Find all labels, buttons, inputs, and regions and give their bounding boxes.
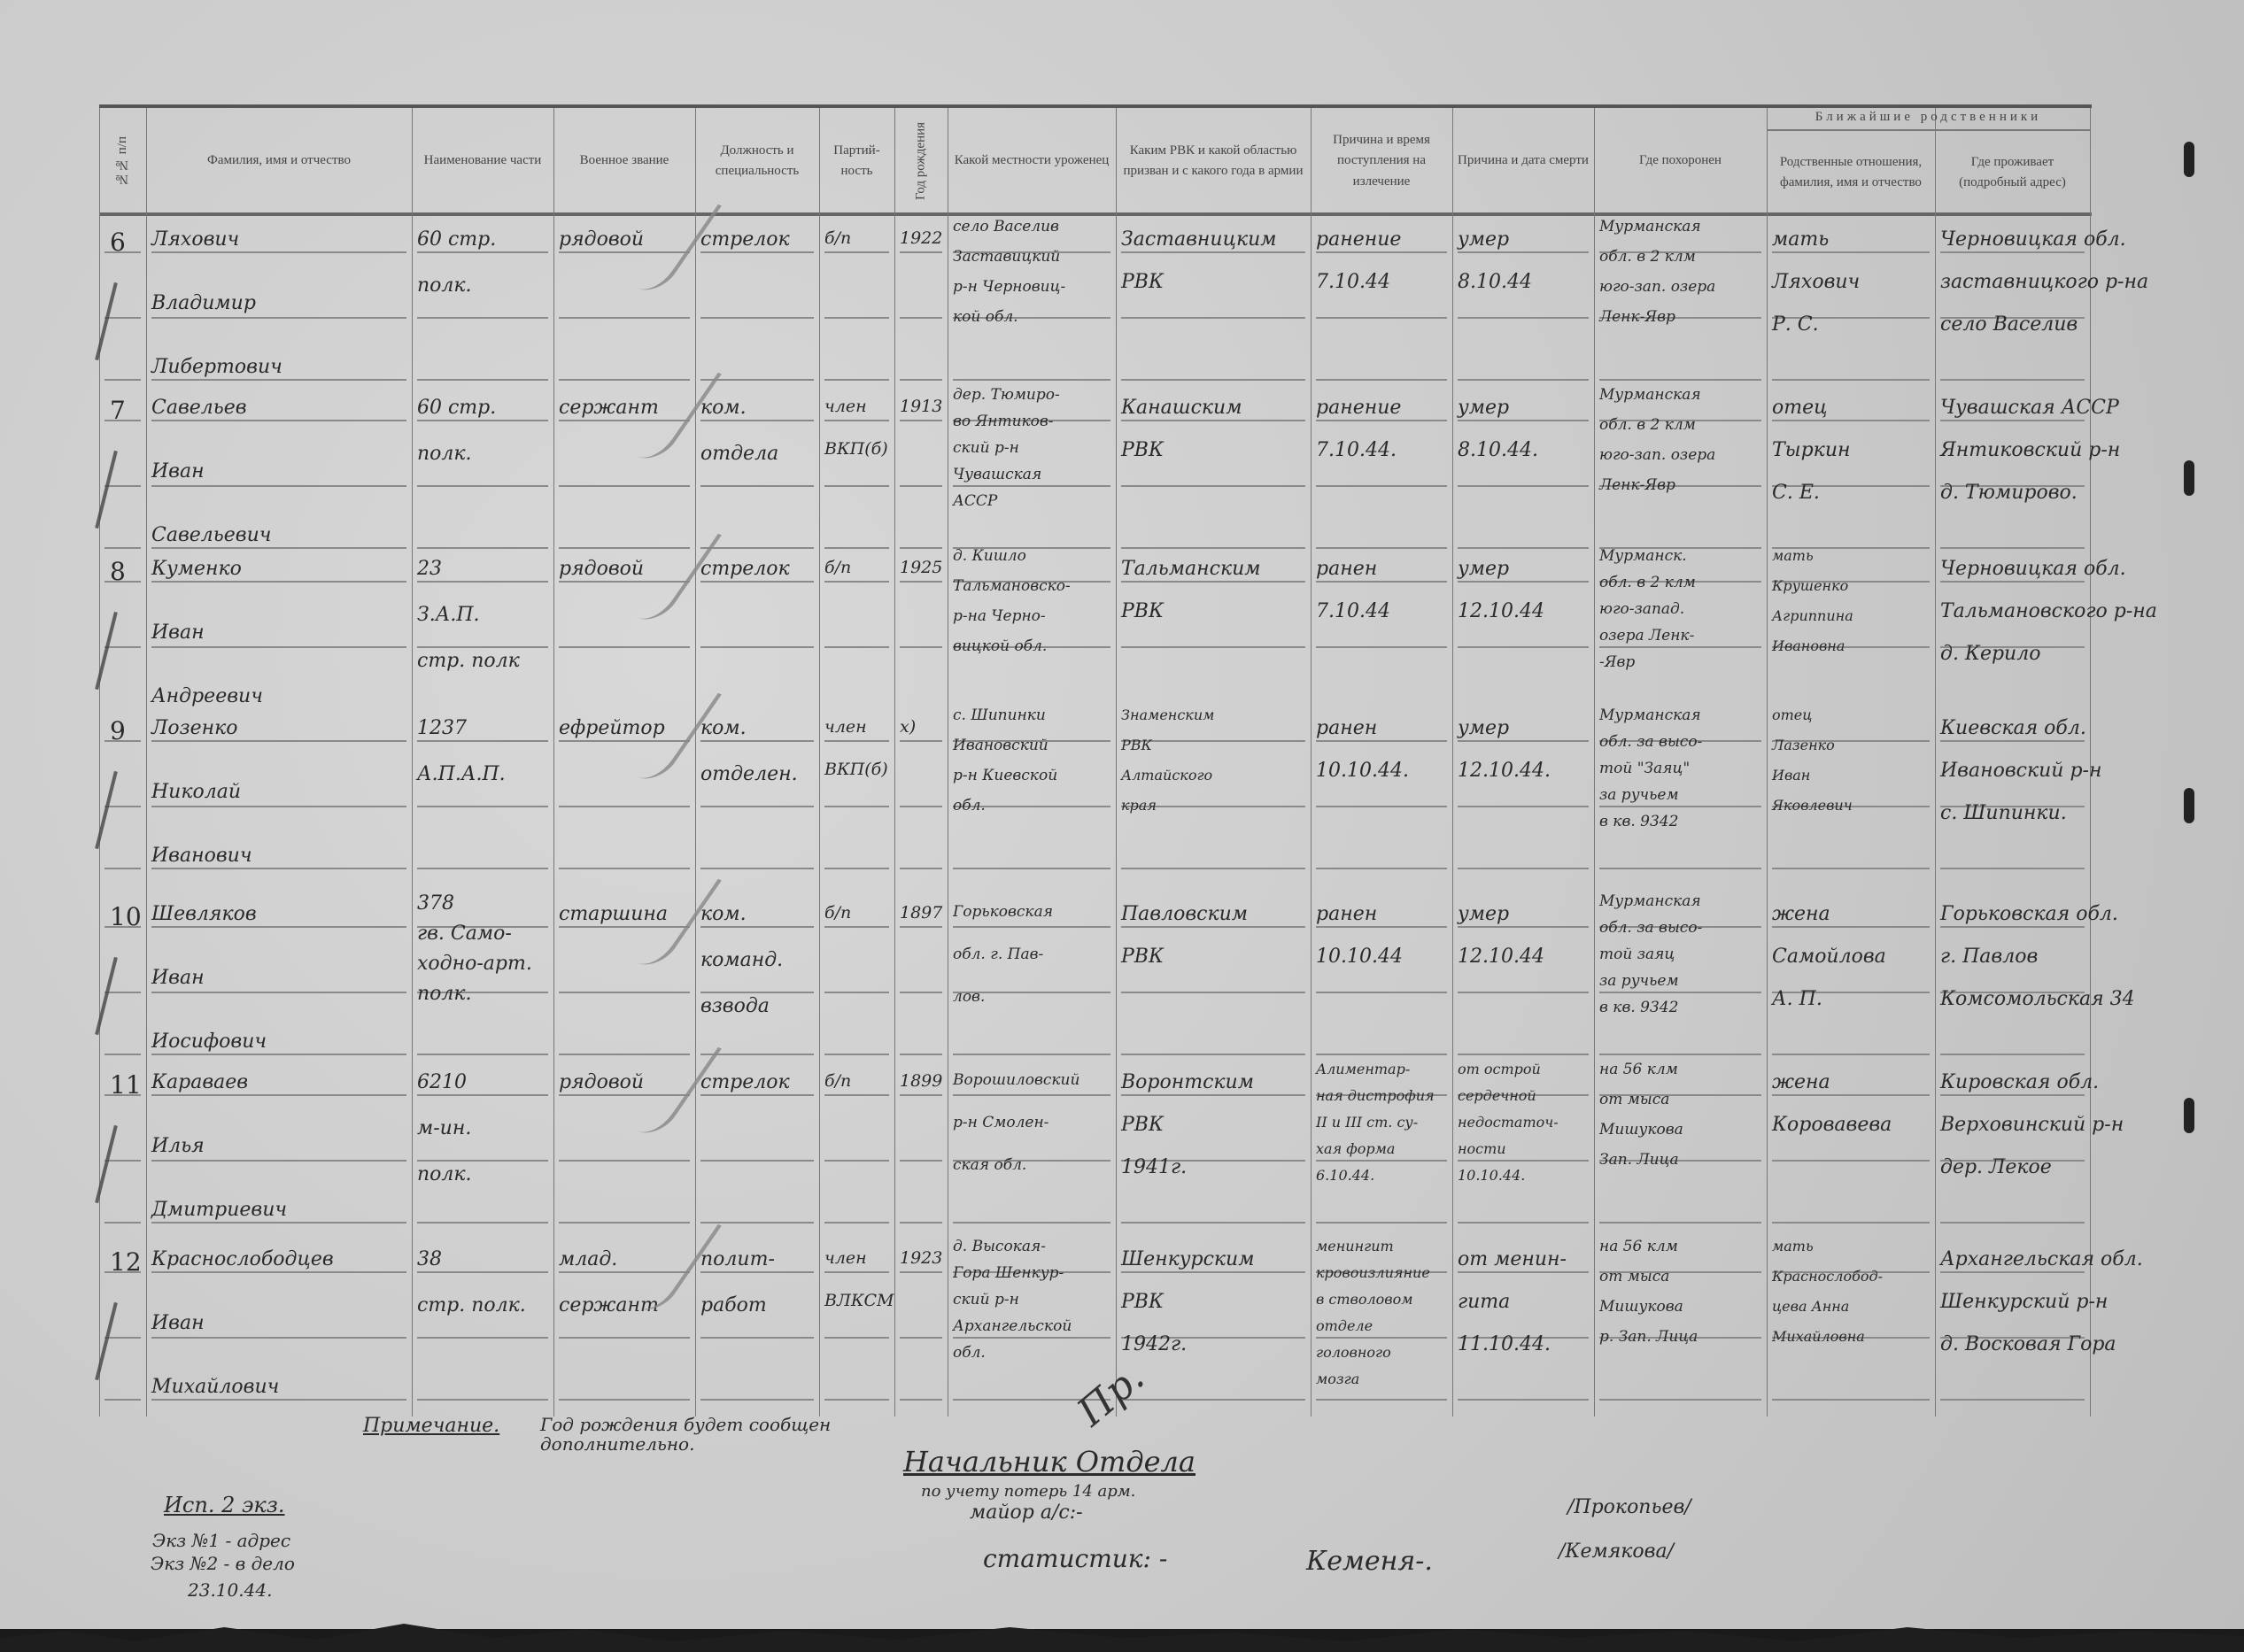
writing-line xyxy=(1458,806,1589,807)
death-line: гита xyxy=(1458,1293,1590,1335)
address-line: д. Восковая Гора xyxy=(1940,1335,2086,1378)
writing-line xyxy=(1940,1399,2085,1401)
rvk-line: РВК xyxy=(1121,441,1307,483)
cell-num: 10 xyxy=(110,905,148,930)
cell-rvk: ЗнаменскимРВКАлтайскогокрая xyxy=(1121,708,1307,829)
cell-num: 6 xyxy=(110,230,148,255)
writing-line xyxy=(104,1337,141,1339)
buried-line: Мурманская xyxy=(1599,220,1763,250)
buried-line: Мишукова xyxy=(1599,1123,1763,1153)
writing-line xyxy=(700,547,814,549)
rvk-line: РВК xyxy=(1121,1293,1307,1335)
cell-rvk: ЗаставницкимРВК xyxy=(1121,230,1307,315)
writing-line xyxy=(1458,485,1589,487)
column-header-relative: Родственные отношения, фамилия, имя и от… xyxy=(1767,133,1935,212)
rvk-line: Заставницким xyxy=(1121,230,1307,273)
unit-line: полк. xyxy=(417,1165,550,1211)
writing-line xyxy=(104,485,141,487)
cell-native: д. КишлоТальмановско-р-на Черно-вицкой о… xyxy=(953,549,1112,669)
cell-position: ком.отделен. xyxy=(700,719,816,811)
address-line: Тальмановского р-на xyxy=(1940,602,2086,645)
native-line: р-н Киевской xyxy=(953,768,1112,799)
position-line: команд. xyxy=(700,951,816,997)
native-line: обл. xyxy=(953,1346,1112,1372)
cell-admission: ранен7.10.44 xyxy=(1316,560,1449,645)
column-header-position: Должность и специальность xyxy=(695,111,819,212)
column-header-party: Партий-ность xyxy=(819,111,894,212)
writing-line xyxy=(1316,806,1447,807)
death-line: умер xyxy=(1458,230,1590,273)
cell-death: от остройсердечнойнедостаточ-ности10.10.… xyxy=(1458,1062,1590,1195)
name-line: Лозенко xyxy=(151,719,408,783)
buried-line: на 56 клм xyxy=(1599,1062,1763,1092)
cell-unit: 60 стр.полк. xyxy=(417,398,550,490)
unit-line: полк. xyxy=(417,276,550,322)
column-divider xyxy=(146,108,147,1417)
statistician-signature: Кеменя-. xyxy=(1306,1546,1433,1577)
address-line: Комсомольская 34 xyxy=(1940,990,2086,1032)
admission-line: ранен xyxy=(1316,905,1449,947)
writing-line xyxy=(900,1271,942,1273)
writing-line xyxy=(700,646,814,648)
copies-line-2: Экз №2 - в дело xyxy=(151,1553,295,1574)
cell-num: 11 xyxy=(110,1073,148,1098)
native-line: село Васелив xyxy=(953,220,1112,250)
buried-line: за ручьем xyxy=(1599,974,1763,1000)
cell-unit: 60 стр.полк. xyxy=(417,230,550,322)
writing-line xyxy=(824,868,889,869)
column-divider xyxy=(1311,108,1312,1417)
cell-buried: на 56 клмот мысаМишуковаЗап. Лица xyxy=(1599,1062,1763,1183)
unit-line: полк. xyxy=(417,984,550,1015)
name-line: Иванович xyxy=(151,846,408,910)
writing-line xyxy=(1940,868,2085,869)
cell-death: умер12.10.44 xyxy=(1458,560,1590,645)
writing-line xyxy=(900,1399,942,1401)
admission-line: 7.10.44 xyxy=(1316,602,1449,645)
unit-line: З.А.П. xyxy=(417,606,550,652)
cell-name: ЛяховичВладимирЛибертович xyxy=(151,230,408,421)
buried-line: на 56 клм xyxy=(1599,1239,1763,1270)
buried-line: той заяц xyxy=(1599,947,1763,974)
writing-line xyxy=(104,1054,141,1055)
chief-name: /Прокопьев/ xyxy=(1567,1496,1691,1518)
writing-line xyxy=(1316,485,1447,487)
cell-position: ком.отдела xyxy=(700,398,816,490)
writing-line xyxy=(1772,1054,1930,1055)
writing-line xyxy=(559,646,690,648)
cell-num: 7 xyxy=(110,398,148,423)
cell-native: Горьковскаяобл. г. Пав-лов. xyxy=(953,905,1112,1032)
writing-line xyxy=(1316,1399,1447,1401)
writing-line xyxy=(1121,547,1305,549)
admission-line: кровоизлияние xyxy=(1316,1266,1449,1293)
table-top-border xyxy=(99,104,2092,108)
relatives-group-header: Ближайшие родственники xyxy=(1767,110,2090,131)
name-line: Куменко xyxy=(151,560,408,623)
relative-line: мать xyxy=(1772,1239,1931,1270)
copies-date: 23.10.44. xyxy=(188,1579,272,1601)
writing-line xyxy=(824,646,889,648)
writing-line xyxy=(900,581,942,583)
buried-line: озера Ленк- xyxy=(1599,629,1763,655)
death-line: от острой xyxy=(1458,1062,1590,1089)
buried-line: обл. за высо- xyxy=(1599,735,1763,761)
writing-line xyxy=(1121,1054,1305,1055)
buried-line: Мурманск. xyxy=(1599,549,1763,575)
party-line: член xyxy=(824,1250,891,1293)
column-divider xyxy=(1594,108,1595,1417)
buried-line: Ленк-Явр xyxy=(1599,478,1763,508)
native-line: обл. xyxy=(953,799,1112,829)
address-line: заставницкого р-на xyxy=(1940,273,2086,315)
admission-line: II и III ст. су- xyxy=(1316,1115,1449,1142)
death-line: от менин- xyxy=(1458,1250,1590,1293)
writing-line xyxy=(953,868,1110,869)
name-line: Владимир xyxy=(151,294,408,358)
cell-year: 1922 xyxy=(900,230,944,247)
buried-line: Мишукова xyxy=(1599,1300,1763,1330)
cell-position: полит-работ xyxy=(700,1250,816,1342)
copies-line-1: Экз №1 - адрес xyxy=(152,1530,290,1551)
column-divider xyxy=(1767,108,1768,1417)
cell-unit: 23З.А.П.стр. полк xyxy=(417,560,550,698)
native-line: Ивановский xyxy=(953,738,1112,768)
column-header-name: Фамилия, имя и отчество xyxy=(146,111,412,212)
writing-line xyxy=(104,806,141,807)
cell-relative: матьКрушенкоАгриппинаИвановна xyxy=(1772,549,1931,669)
native-line: р-н Черновиц- xyxy=(953,280,1112,310)
party-line: ВКП(б) xyxy=(824,441,891,483)
cell-rvk: ВоронтскимРВК1941г. xyxy=(1121,1073,1307,1200)
cell-relative: отецЛазенкоИванЯковлевич xyxy=(1772,708,1931,829)
name-line: Иван xyxy=(151,462,408,526)
native-line: ский р-н xyxy=(953,441,1112,467)
cell-relative: женаСамойловаА. П. xyxy=(1772,905,1931,1032)
writing-line xyxy=(559,806,690,807)
cell-death: от менин-гита11.10.44. xyxy=(1458,1250,1590,1378)
cell-name: ЛозенкоНиколайИванович xyxy=(151,719,408,910)
relative-line: жена xyxy=(1772,905,1931,947)
writing-line xyxy=(824,806,889,807)
cell-name: КраснослободцевИванМихайлович xyxy=(151,1250,408,1441)
writing-line xyxy=(417,379,548,381)
relative-line: цева Анна xyxy=(1772,1300,1931,1330)
writing-line xyxy=(824,379,889,381)
writing-line xyxy=(1316,379,1447,381)
writing-line xyxy=(1316,317,1447,319)
position-line: ком. xyxy=(700,905,816,951)
column-divider xyxy=(1935,108,1936,1417)
native-line: Ворошиловский xyxy=(953,1073,1112,1115)
writing-line xyxy=(1599,379,1761,381)
name-line: Караваев xyxy=(151,1073,408,1137)
writing-line xyxy=(900,1160,942,1162)
native-line: р-н Смолен- xyxy=(953,1115,1112,1158)
writing-line xyxy=(900,1337,942,1339)
cell-buried: на 56 клмот мысаМишуковар. Зап. Лица xyxy=(1599,1239,1763,1360)
position-line: полит- xyxy=(700,1250,816,1296)
death-line: 11.10.44. xyxy=(1458,1335,1590,1378)
writing-line xyxy=(559,1160,690,1162)
buried-line: обл. в 2 клм xyxy=(1599,575,1763,602)
writing-line xyxy=(1599,1399,1761,1401)
relative-line: Михайловна xyxy=(1772,1330,1931,1360)
writing-line xyxy=(1599,868,1761,869)
cell-native: дер. Тюмиро-во Янтиков-ский р-нЧувашская… xyxy=(953,388,1112,521)
rvk-line: РВК xyxy=(1121,947,1307,990)
native-line: ский р-н xyxy=(953,1293,1112,1319)
writing-line xyxy=(1772,379,1930,381)
writing-line xyxy=(104,992,141,993)
death-line: 12.10.44. xyxy=(1458,761,1590,804)
writing-line xyxy=(900,926,942,928)
native-line: ская обл. xyxy=(953,1158,1112,1200)
cell-admission: Алиментар-ная дистрофияII и III ст. су-х… xyxy=(1316,1062,1449,1195)
party-line: член xyxy=(824,719,891,761)
cell-admission: ранен10.10.44 xyxy=(1316,905,1449,990)
relative-line: Краснослобод- xyxy=(1772,1270,1931,1300)
cell-party: членВЛКСМ xyxy=(824,1250,891,1335)
cell-rvk: ПавловскимРВК xyxy=(1121,905,1307,990)
relative-line: мать xyxy=(1772,549,1931,579)
buried-line: за ручьем xyxy=(1599,788,1763,814)
writing-line xyxy=(824,1399,889,1401)
name-line: Илья xyxy=(151,1137,408,1200)
writing-line xyxy=(1316,547,1447,549)
writing-line xyxy=(900,317,942,319)
cell-buried: Мурманскаяобл. в 2 клмюго-зап. озераЛенк… xyxy=(1599,388,1763,508)
buried-line: юго-запад. xyxy=(1599,602,1763,629)
cell-address: Горьковская обл.г. ПавловКомсомольская 3… xyxy=(1940,905,2086,1032)
note-label: Примечание. xyxy=(363,1415,499,1437)
relative-line: мать xyxy=(1772,230,1931,273)
cell-party: б/п xyxy=(824,560,891,602)
column-divider xyxy=(948,108,948,1417)
buried-line: юго-зап. озера xyxy=(1599,280,1763,310)
cell-unit: 1237А.П.А.П. xyxy=(417,719,550,811)
relative-line: Лазенко xyxy=(1772,738,1931,768)
admission-line: в стволовом xyxy=(1316,1293,1449,1319)
cell-buried: Мурманскаяобл. в 2 клмюго-зап. озераЛенк… xyxy=(1599,220,1763,340)
writing-line xyxy=(104,1160,141,1162)
writing-line xyxy=(1121,868,1305,869)
cell-address: Чувашская АССРЯнтиковский р-нд. Тюмирово… xyxy=(1940,398,2086,526)
writing-line xyxy=(104,547,141,549)
admission-line: 10.10.44. xyxy=(1316,761,1449,804)
cell-admission: ранение7.10.44. xyxy=(1316,398,1449,483)
cell-buried: Мурманскаяобл. за высо-той "Заяц"за ручь… xyxy=(1599,708,1763,841)
buried-line: Мурманская xyxy=(1599,708,1763,735)
unit-line: гв. Само- xyxy=(417,924,550,954)
writing-line xyxy=(900,868,942,869)
punch-hole xyxy=(2184,788,2194,823)
name-line: Иван xyxy=(151,623,408,687)
rvk-line: Канашским xyxy=(1121,398,1307,441)
unit-line: м-ин. xyxy=(417,1119,550,1165)
cell-relative: матьКраснослобод-цева АннаМихайловна xyxy=(1772,1239,1931,1360)
position-line: взвода xyxy=(700,997,816,1043)
writing-line xyxy=(1458,1054,1589,1055)
writing-line xyxy=(1940,1222,2085,1224)
writing-line xyxy=(1458,868,1589,869)
punch-hole xyxy=(2184,142,2194,177)
writing-line xyxy=(900,251,942,253)
writing-line xyxy=(1772,868,1930,869)
buried-line: обл. в 2 клм xyxy=(1599,250,1763,280)
writing-line xyxy=(900,379,942,381)
native-line: дер. Тюмиро- xyxy=(953,388,1112,414)
name-line: Николай xyxy=(151,783,408,846)
writing-line xyxy=(559,485,690,487)
cell-relative: женаКоровавева xyxy=(1772,1073,1931,1158)
party-line: б/п xyxy=(824,905,891,947)
cell-year: 1925 xyxy=(900,560,944,576)
party-line: б/п xyxy=(824,230,891,273)
native-line: д. Кишло xyxy=(953,549,1112,579)
address-line: д. Тюмирово. xyxy=(1940,483,2086,526)
writing-line xyxy=(900,646,942,648)
cell-death: умер8.10.44. xyxy=(1458,398,1590,483)
writing-line xyxy=(1121,1399,1305,1401)
relative-line: отец xyxy=(1772,708,1931,738)
writing-line xyxy=(700,1399,814,1401)
cell-position: стрелок xyxy=(700,560,816,606)
unit-line: 60 стр. xyxy=(417,230,550,276)
rvk-line: Воронтским xyxy=(1121,1073,1307,1115)
writing-line xyxy=(104,1399,141,1401)
address-line: Кировская обл. xyxy=(1940,1073,2086,1115)
writing-line xyxy=(104,379,141,381)
position-line: стрелок xyxy=(700,1073,816,1119)
party-line: член xyxy=(824,398,891,441)
admission-line: 7.10.44 xyxy=(1316,273,1449,315)
writing-line xyxy=(1316,868,1447,869)
native-line: Чувашская xyxy=(953,467,1112,494)
name-line: Иван xyxy=(151,969,408,1032)
cell-admission: ранен10.10.44. xyxy=(1316,719,1449,804)
relative-line: Р. С. xyxy=(1772,315,1931,358)
rvk-line: РВК xyxy=(1121,738,1307,768)
writing-line xyxy=(1458,379,1589,381)
cell-buried: Мурманскаяобл. за высо-той заяцза ручьем… xyxy=(1599,894,1763,1027)
address-line: Янтиковский р-н xyxy=(1940,441,2086,483)
cell-party: членВКП(б) xyxy=(824,719,891,804)
address-line: Верховинский р-н xyxy=(1940,1115,2086,1158)
cell-party: б/п xyxy=(824,905,891,947)
admission-line: Алиментар- xyxy=(1316,1062,1449,1089)
native-line: р-на Черно- xyxy=(953,609,1112,639)
cell-buried: Мурманск.обл. в 2 клмюго-запад.озера Лен… xyxy=(1599,549,1763,682)
writing-line xyxy=(1599,1222,1761,1224)
admission-line: 6.10.44. xyxy=(1316,1169,1449,1195)
native-line: вицкой обл. xyxy=(953,639,1112,669)
rvk-line: Алтайского xyxy=(1121,768,1307,799)
position-line: отдела xyxy=(700,444,816,490)
native-line: Гора Шенкур- xyxy=(953,1266,1112,1293)
admission-line: ранен xyxy=(1316,560,1449,602)
address-line: Шенкурский р-н xyxy=(1940,1293,2086,1335)
writing-line xyxy=(900,1222,942,1224)
writing-line xyxy=(900,992,942,993)
cell-year: 1923 xyxy=(900,1250,944,1267)
cell-num: 8 xyxy=(110,560,148,584)
rvk-line: 1941г. xyxy=(1121,1158,1307,1200)
death-line: недостаточ- xyxy=(1458,1115,1590,1142)
death-line: сердечной xyxy=(1458,1089,1590,1115)
column-header-death: Причина и дата смерти xyxy=(1452,111,1594,212)
unit-line: стр. полк. xyxy=(417,1296,550,1342)
cell-party: б/п xyxy=(824,230,891,273)
cell-name: КараваевИльяДмитриевич xyxy=(151,1073,408,1264)
cell-year: 1899 xyxy=(900,1073,944,1090)
writing-line xyxy=(1599,1054,1761,1055)
punch-hole xyxy=(2184,1098,2194,1133)
relative-line: Тыркин xyxy=(1772,441,1931,483)
writing-line xyxy=(1316,646,1447,648)
writing-line xyxy=(700,868,814,869)
position-line: ком. xyxy=(700,719,816,765)
cell-num: 12 xyxy=(110,1250,148,1275)
punch-hole xyxy=(2184,460,2194,496)
chief-rank: майор а/с:- xyxy=(970,1501,1083,1524)
native-line: Горьковская xyxy=(953,905,1112,947)
writing-line xyxy=(1940,1054,2085,1055)
buried-line: обл. в 2 клм xyxy=(1599,418,1763,448)
relative-line: Агриппина xyxy=(1772,609,1931,639)
writing-line xyxy=(1121,317,1305,319)
address-line: Киевская обл. xyxy=(1940,719,2086,761)
death-line: 10.10.44. xyxy=(1458,1169,1590,1195)
cell-address: Архангельская обл.Шенкурский р-нд. Воско… xyxy=(1940,1250,2086,1378)
writing-line xyxy=(104,646,141,648)
column-header-native: Какой местности уроженец xyxy=(948,111,1116,212)
rvk-line: Павловским xyxy=(1121,905,1307,947)
writing-line xyxy=(417,547,548,549)
relative-line: Ивановна xyxy=(1772,639,1931,669)
address-line: Черновицкая обл. xyxy=(1940,560,2086,602)
buried-line: Зап. Лица xyxy=(1599,1153,1763,1183)
column-header-address: Где проживает (подробный адрес) xyxy=(1935,133,2090,212)
column-divider xyxy=(894,108,895,1417)
writing-line xyxy=(1121,485,1305,487)
buried-line: в кв. 9342 xyxy=(1599,814,1763,841)
relative-line: Ляхович xyxy=(1772,273,1931,315)
unit-line: 60 стр. xyxy=(417,398,550,444)
cell-position: стрелок xyxy=(700,230,816,276)
native-line: Тальмановско- xyxy=(953,579,1112,609)
writing-line xyxy=(1316,992,1447,993)
writing-line xyxy=(824,485,889,487)
buried-line: в кв. 9342 xyxy=(1599,1000,1763,1027)
chief-subtitle: по учету потерь 14 арм. xyxy=(921,1482,1135,1501)
cell-rvk: ТальманскимРВК xyxy=(1121,560,1307,645)
writing-line xyxy=(417,1399,548,1401)
cell-rvk: КанашскимРВК xyxy=(1121,398,1307,483)
writing-line xyxy=(559,1399,690,1401)
writing-line xyxy=(1316,1054,1447,1055)
position-line: работ xyxy=(700,1296,816,1342)
cell-relative: матьЛяховичР. С. xyxy=(1772,230,1931,358)
death-line: 8.10.44. xyxy=(1458,441,1590,483)
cell-party: б/п xyxy=(824,1073,891,1115)
unit-line: ходно-арт. xyxy=(417,954,550,984)
column-header-admission: Причина и время поступления на излечение xyxy=(1311,111,1452,212)
position-line: отделен. xyxy=(700,765,816,811)
writing-line xyxy=(700,317,814,319)
note-text: Год рождения будет сообщен дополнительно… xyxy=(540,1415,832,1454)
writing-line xyxy=(953,379,1110,381)
